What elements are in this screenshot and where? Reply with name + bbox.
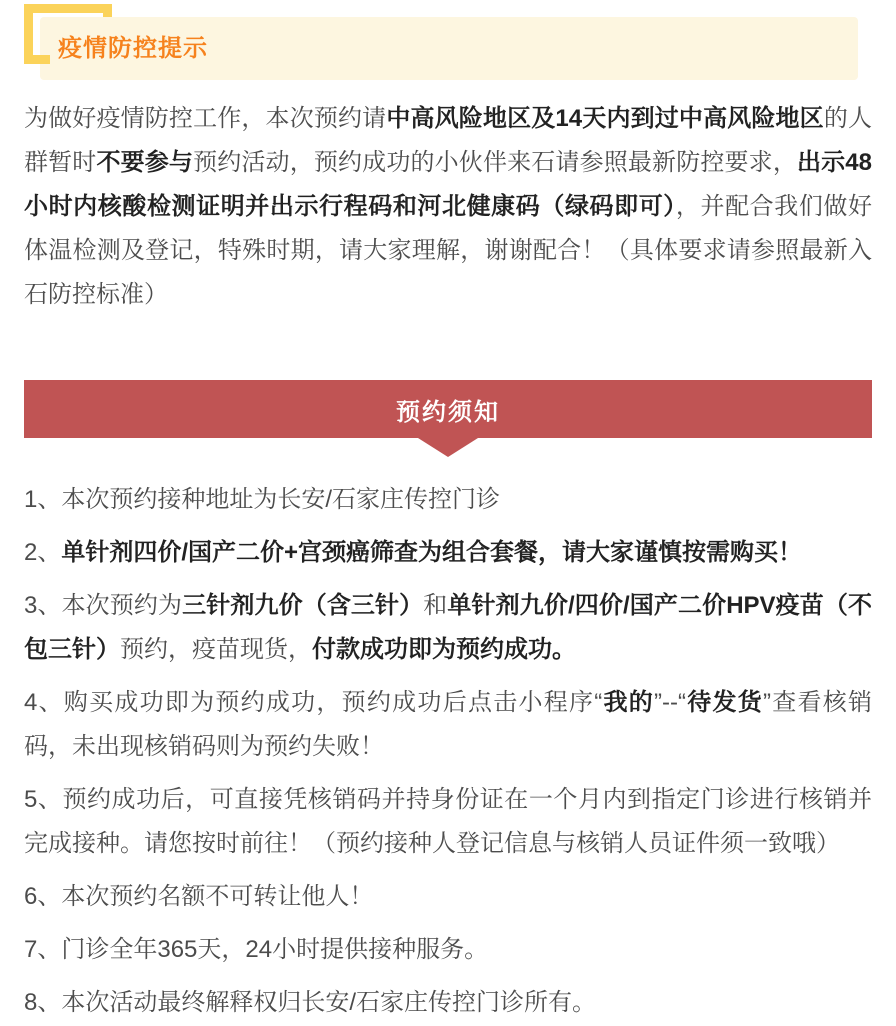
list-item-7: 7、门诊全年365天，24小时提供接种服务。 xyxy=(24,928,872,972)
banner-arrow-down-icon xyxy=(418,438,478,457)
list-item-3: 3、本次预约为三针剂九价（含三针）和单针剂九价/四价/国产二价HPV疫苗（不包三… xyxy=(24,584,872,672)
list-item-5: 5、预约成功后，可直接凭核销码并持身份证在一个月内到指定门诊进行核销并完成接种。… xyxy=(24,778,872,866)
booking-list: 1、本次预约接种地址为长安/石家庄传控门诊 2、单针剂四价/国产二价+宫颈癌筛查… xyxy=(0,478,896,1025)
banner-title: 预约须知 xyxy=(396,392,500,427)
notice-paragraph: 为做好疫情防控工作，本次预约请中高风险地区及14天内到过中高风险地区的人群暂时不… xyxy=(24,97,872,317)
list-item-2: 2、单针剂四价/国产二价+宫颈癌筛查为组合套餐，请大家谨慎按需购买！ xyxy=(24,531,872,575)
notice-title-panel: 疫情防控提示 xyxy=(40,17,858,80)
corner-bracket-foot xyxy=(24,55,50,64)
list-item-4: 4、购买成功即为预约成功，预约成功后点击小程序“我的”--“待发货”查看核销码，… xyxy=(24,681,872,769)
notice-title: 疫情防控提示 xyxy=(40,17,858,80)
booking-banner: 预约须知 xyxy=(24,380,872,438)
notice-header: 疫情防控提示 xyxy=(0,0,896,80)
list-item-1: 1、本次预约接种地址为长安/石家庄传控门诊 xyxy=(24,478,872,522)
article-page: 疫情防控提示 为做好疫情防控工作，本次预约请中高风险地区及14天内到过中高风险地… xyxy=(0,0,896,1026)
list-item-6: 6、本次预约名额不可转让他人！ xyxy=(24,875,872,919)
list-item-8: 8、本次活动最终解释权归长安/石家庄传控门诊所有。 xyxy=(24,981,872,1025)
